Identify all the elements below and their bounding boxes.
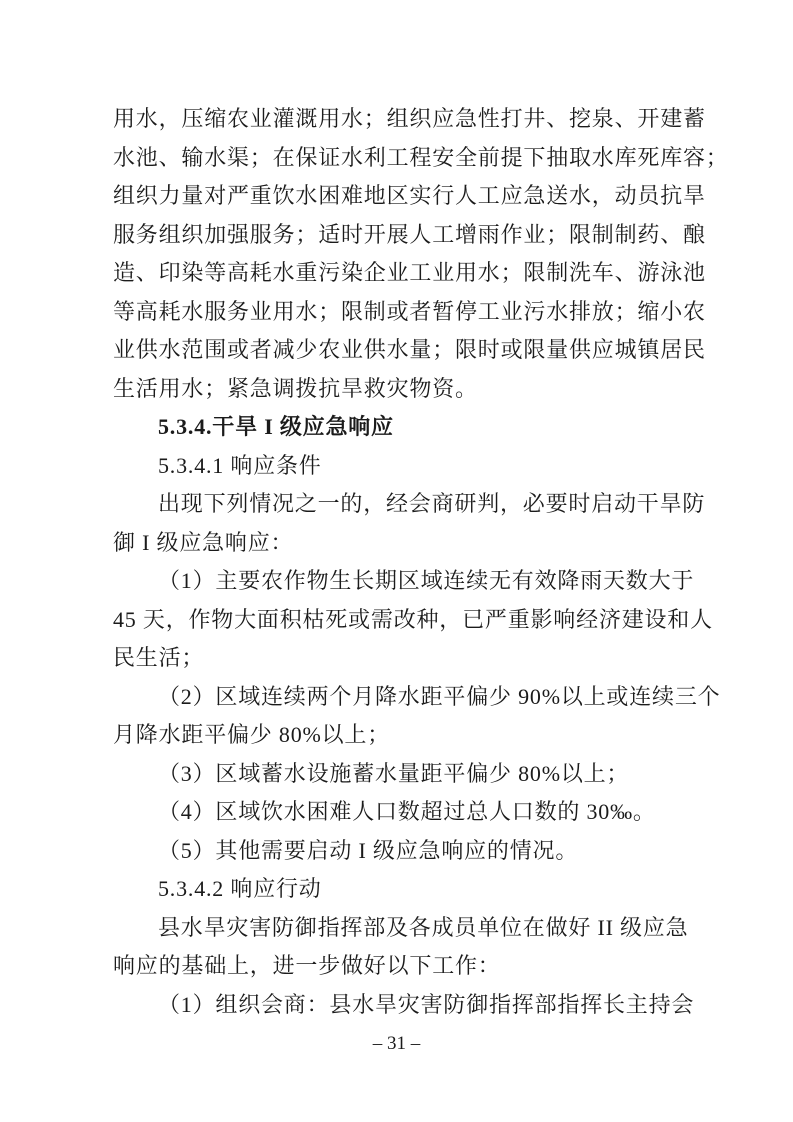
document-page: 用水，压缩农业灌溉用水；组织应急性打井、挖泉、开建蓄 水池、输水渠；在保证水利工… <box>0 0 793 1122</box>
body-line-3: 组织力量对严重饮水困难地区实行人工应急送水，动员抗旱 <box>113 177 709 216</box>
response-actions-line-2: 响应的基础上，进一步做好以下工作： <box>113 947 709 986</box>
condition-1-line-3: 民生活； <box>113 639 709 678</box>
body-line-5: 造、印染等高耗水重污染企业工业用水；限制洗车、游泳池 <box>113 254 709 293</box>
body-line-2: 水池、输水渠；在保证水利工程安全前提下抽取水库死库容； <box>113 139 709 178</box>
heading-5-3-4-1: 5.3.4.1 响应条件 <box>113 447 709 486</box>
condition-2-line-2: 月降水距平偏少 80%以上； <box>113 716 709 755</box>
body-line-4: 服务组织加强服务；适时开展人工增雨作业；限制制药、酿 <box>113 216 709 255</box>
response-actions-line-1: 县水旱灾害防御指挥部及各成员单位在做好 II 级应急 <box>113 909 709 948</box>
condition-3: （3）区域蓄水设施蓄水量距平偏少 80%以上； <box>113 755 709 794</box>
page-number: – 31 – <box>0 1032 793 1056</box>
heading-5-3-4-2: 5.3.4.2 响应行动 <box>113 870 709 909</box>
text-block: 用水，压缩农业灌溉用水；组织应急性打井、挖泉、开建蓄 水池、输水渠；在保证水利工… <box>113 100 709 1024</box>
condition-1-line-2: 45 天，作物大面积枯死或需改种，已严重影响经济建设和人 <box>113 601 709 640</box>
condition-1-line-1: （1）主要农作物生长期区域连续无有效降雨天数大于 <box>113 562 709 601</box>
body-line-8: 生活用水；紧急调拨抗旱救灾物资。 <box>113 370 709 409</box>
response-conditions-line-1: 出现下列情况之一的，经会商研判，必要时启动干旱防 <box>113 485 709 524</box>
body-line-6: 等高耗水服务业用水；限制或者暂停工业污水排放；缩小农 <box>113 293 709 332</box>
response-conditions-line-2: 御 I 级应急响应： <box>113 524 709 563</box>
condition-5: （5）其他需要启动 I 级应急响应的情况。 <box>113 832 709 871</box>
condition-2-line-1: （2）区域连续两个月降水距平偏少 90%以上或连续三个 <box>113 678 709 717</box>
body-line-1: 用水，压缩农业灌溉用水；组织应急性打井、挖泉、开建蓄 <box>113 100 709 139</box>
body-line-7: 业供水范围或者减少农业供水量；限时或限量供应城镇居民 <box>113 331 709 370</box>
action-1-line-1: （1）组织会商：县水旱灾害防御指挥部指挥长主持会 <box>113 986 709 1025</box>
heading-5-3-4: 5.3.4.干旱 I 级应急响应 <box>113 408 709 447</box>
condition-4: （4）区域饮水困难人口数超过总人口数的 30‰。 <box>113 793 709 832</box>
